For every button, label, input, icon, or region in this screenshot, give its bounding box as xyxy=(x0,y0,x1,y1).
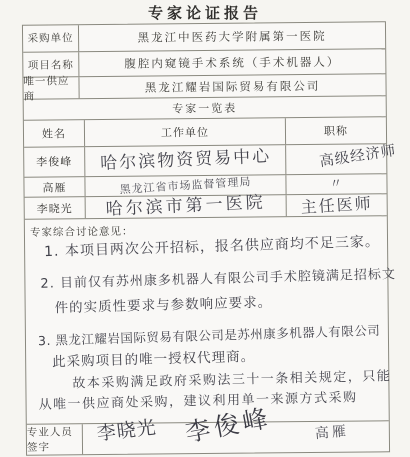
info-value: 黑龙江耀岩国际贸易有限公司 xyxy=(79,75,385,99)
expert-job-title-handwriting: 高级经济师 xyxy=(286,144,386,174)
column-header-job-title: 职称 xyxy=(286,118,386,145)
opinion-line: 故本采购满足政府采购法三十一条相关规定，只能 xyxy=(72,370,391,391)
opinion-line: 3. 黑龙江耀岩国际贸易有限公司是苏州康多机器人有限公司 xyxy=(38,325,381,348)
handwritten-text: 黑龙江省市场监督管理局 xyxy=(119,176,251,195)
signature-label: 专业人员签字 xyxy=(27,424,83,455)
signature-area: 李晓光 李俊峰 高雁 xyxy=(83,421,389,454)
opinion-line: 2. 目前仅有苏州康多机器人有限公司手术腔镜满足招标文 xyxy=(40,268,396,291)
scanned-report-page: 专家论证报告 采购单位 黑龙江中医药大学附属第一医院 项目名称 腹腔内窥镜手术系… xyxy=(0,0,410,457)
expert-job-title-handwriting: 〃 xyxy=(286,174,386,195)
handwritten-text: 哈尔滨物资贸易中心 xyxy=(99,148,271,173)
info-label: 采购单位 xyxy=(23,25,79,51)
info-value: 腹腔内窥镜手术系统（手术机器人） xyxy=(79,49,385,77)
opinion-label: 专家综合讨论意见： xyxy=(30,224,134,240)
opinion-line: 此采购项目的唯一授权代理商。 xyxy=(52,351,255,370)
expert-work-unit-handwriting: 哈尔滨市第一医院 xyxy=(86,196,287,219)
page-title: 专家论证报告 xyxy=(0,2,410,23)
info-label: 唯一供应商 xyxy=(23,78,79,100)
info-value: 黑龙江中医药大学附属第一医院 xyxy=(79,22,385,51)
info-row-purchasing-unit: 采购单位 黑龙江中医药大学附属第一医院 xyxy=(23,22,385,52)
expert-name: 高雁 xyxy=(24,177,85,197)
handwritten-text: 哈尔滨市第一医院 xyxy=(105,195,266,219)
expert-name: 李俊峰 xyxy=(24,147,85,176)
expert-job-title-handwriting: 主任医师 xyxy=(287,195,387,217)
handwritten-text: 〃 xyxy=(329,177,344,191)
experts-header-row: 姓名 工作单位 职称 xyxy=(24,118,386,148)
column-header-name: 姓名 xyxy=(24,120,85,146)
report-form-table: 采购单位 黑龙江中医药大学附属第一医院 项目名称 腹腔内窥镜手术系统（手术机器人… xyxy=(22,21,390,455)
handwritten-text: 高级经济师 xyxy=(318,144,397,170)
opinion-line: 从唯一供应商处采购，建议利用单一来源方式采购 xyxy=(38,392,357,413)
signature-row: 专业人员签字 李晓光 李俊峰 高雁 xyxy=(27,421,389,454)
handwritten-signature: 高雁 xyxy=(314,424,349,441)
opinion-line: 件的实质性要求与参数响应要求。 xyxy=(55,297,273,316)
expert-row: 李俊峰 哈尔滨物资贸易中心 高级经济师 xyxy=(24,144,386,177)
expert-name: 李晓光 xyxy=(25,198,86,219)
handwritten-signature: 李晓光 xyxy=(96,418,158,444)
opinion-section: 专家综合讨论意见： 1. 本项目两次公开招标，报名供应商均不足三家。 2. 目前… xyxy=(25,216,389,424)
expert-work-unit-handwriting: 哈尔滨物资贸易中心 xyxy=(85,145,286,176)
column-header-work-unit: 工作单位 xyxy=(85,118,286,146)
handwritten-text: 主任医师 xyxy=(300,195,373,215)
